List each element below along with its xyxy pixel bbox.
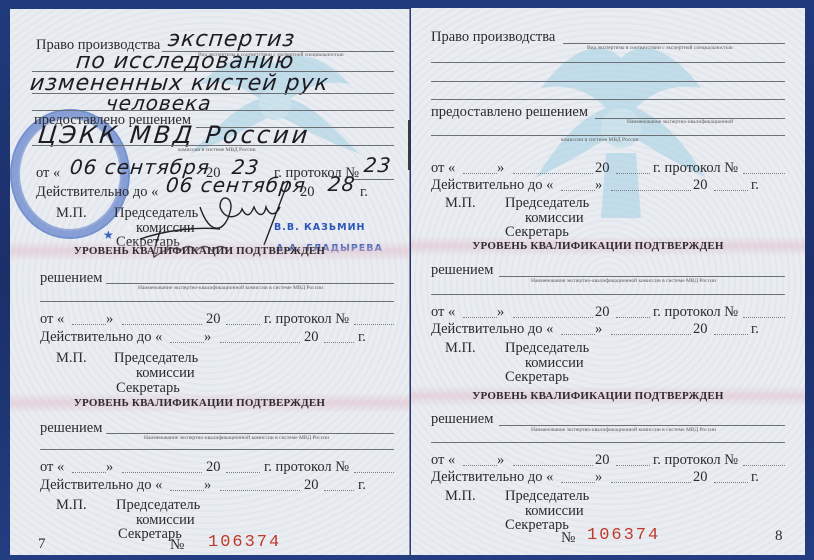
- form-line: [32, 145, 394, 146]
- granted-caption-2: комиссии в системе МВД России: [561, 138, 639, 144]
- month-field: [611, 482, 691, 483]
- year-field: [616, 317, 650, 318]
- month-field: [513, 173, 593, 174]
- confirm-heading-2: УРОВЕНЬ КВАЛИФИКАЦИИ ПОДТВЕРЖДЕН: [10, 397, 409, 409]
- left-page: ★ Право производства экспертиз Вид экспе…: [10, 9, 410, 555]
- mp-label-1: М.П.: [445, 341, 476, 356]
- year-field: [324, 490, 354, 491]
- year-field: [714, 334, 748, 335]
- serial-number: 106374: [587, 526, 660, 545]
- year-field: [714, 190, 748, 191]
- close-quote-2: »: [106, 460, 113, 475]
- protocol-field: [743, 465, 785, 466]
- decision-label-1: решением: [431, 263, 493, 278]
- mp-label-1: М.П.: [56, 351, 87, 366]
- chair-label-2: Председатель: [116, 498, 200, 513]
- close-quote-1: »: [497, 305, 504, 320]
- decision-label-1: решением: [40, 271, 102, 286]
- protocol-label-1: г. протокол №: [264, 312, 349, 327]
- year-field: [714, 482, 748, 483]
- form-line: [40, 449, 394, 450]
- month-field: [220, 490, 300, 491]
- day-field: [170, 342, 204, 343]
- serial-label: №: [170, 537, 184, 554]
- valid-label: Действительно до «: [431, 178, 553, 193]
- protocol-label: г. протокол №: [653, 161, 738, 176]
- form-line: [32, 93, 394, 94]
- granted-caption: комиссии в системе МВД России: [178, 148, 256, 154]
- secretary-label-2: Секретарь: [505, 518, 569, 533]
- granted-value: ЦЭКК МВД России: [37, 123, 312, 147]
- year-prefix-1b: 20: [304, 330, 319, 345]
- page-number: 7: [38, 536, 46, 553]
- close-quote-1: »: [106, 312, 113, 327]
- protocol-field: [354, 472, 394, 473]
- mp-label-2: М.П.: [445, 489, 476, 504]
- secretary-label-1: Секретарь: [505, 370, 569, 385]
- protocol-label-1: г. протокол №: [653, 305, 738, 320]
- decision-caption-1: Наименование экспертно-квалификационной …: [531, 279, 716, 285]
- right-caption: Вид экспертизы в соответствии с экспертн…: [587, 46, 733, 52]
- year-prefix-2b: 20: [304, 478, 319, 493]
- valid-label: Действительно до «: [36, 185, 158, 200]
- month-field: [611, 190, 691, 191]
- chair-stamp: В.В. КАЗЬМИН: [274, 222, 365, 233]
- form-line: [32, 110, 394, 111]
- year-suffix-2: г.: [358, 478, 366, 493]
- binding-thread: [408, 120, 410, 170]
- form-line: [431, 81, 785, 82]
- from-label-1: от «: [40, 312, 64, 327]
- chair-label-1: Председатель: [505, 341, 589, 356]
- decision-caption-1: Наименование экспертно-квалификационной …: [138, 286, 323, 292]
- month-field: [513, 317, 593, 318]
- right-field: [563, 43, 785, 44]
- serial-number: 106374: [208, 533, 281, 552]
- protocol-number: 23: [363, 155, 393, 175]
- right-value-line-1: экспертиз: [167, 29, 296, 51]
- year-prefix-1b: 20: [693, 322, 708, 337]
- year-suffix-1: г.: [358, 330, 366, 345]
- granted-label: предоставлено решением: [431, 105, 588, 120]
- from-label-2: от «: [40, 460, 64, 475]
- form-line: [431, 442, 785, 443]
- day-field: [561, 190, 595, 191]
- day-field: [463, 317, 497, 318]
- form-line: [354, 179, 394, 180]
- day-field: [561, 334, 595, 335]
- valid-label-2: Действительно до «: [40, 478, 162, 493]
- year-prefix-2b: 20: [693, 470, 708, 485]
- mp-label: М.П.: [56, 206, 87, 221]
- protocol-field: [743, 317, 785, 318]
- month-field: [513, 465, 593, 466]
- year-suffix-1: г.: [751, 322, 759, 337]
- valid-label-1: Действительно до «: [431, 322, 553, 337]
- year-suffix-2: г.: [751, 470, 759, 485]
- from-prefix: от «: [36, 166, 60, 181]
- decision-field: [499, 276, 785, 277]
- from-label-1: от «: [431, 305, 455, 320]
- day-field: [72, 324, 106, 325]
- year-field: [324, 342, 354, 343]
- form-line: [431, 135, 785, 136]
- valid-year: 28: [327, 174, 357, 194]
- granted-caption-1: Наименование экспертно-квалификационной: [627, 120, 733, 126]
- valid-label-1: Действительно до «: [40, 330, 162, 345]
- page-number: 8: [775, 528, 783, 545]
- decision-field: [499, 425, 785, 426]
- close-quote-2b: »: [204, 478, 211, 493]
- decision-caption-2: Наименование экспертно-квалификационной …: [531, 428, 716, 434]
- from-label: от «: [431, 161, 455, 176]
- month-field: [122, 324, 202, 325]
- protocol-field: [354, 324, 394, 325]
- month-field: [220, 342, 300, 343]
- year-field: [616, 173, 650, 174]
- confirm-heading-2: УРОВЕНЬ КВАЛИФИКАЦИИ ПОДТВЕРЖДЕН: [411, 390, 805, 402]
- month-field: [122, 472, 202, 473]
- year-prefix-1: 20: [595, 305, 610, 320]
- confirm-heading-1: УРОВЕНЬ КВАЛИФИКАЦИИ ПОДТВЕРЖДЕН: [10, 245, 409, 257]
- year-prefix-1: 20: [206, 312, 221, 327]
- commission-label-1: комиссии: [136, 366, 195, 381]
- valid-year-prefix: 20: [300, 185, 315, 200]
- close-quote-b: »: [595, 178, 602, 193]
- day-field: [463, 465, 497, 466]
- close-quote-1b: »: [204, 330, 211, 345]
- chair-label-2: Председатель: [505, 489, 589, 504]
- year-field: [226, 324, 260, 325]
- mp-label: М.П.: [445, 196, 476, 211]
- close-quote: »: [497, 161, 504, 176]
- year-field: [616, 465, 650, 466]
- right-value-line-2: по исследованию: [75, 51, 296, 73]
- protocol-label-2: г. протокол №: [653, 453, 738, 468]
- year-field: [226, 472, 260, 473]
- year-prefix: 20: [595, 161, 610, 176]
- right-page: Право производства Вид экспертизы в соот…: [411, 8, 805, 555]
- form-line: [40, 301, 394, 302]
- decision-field: [106, 283, 394, 284]
- day-field: [170, 490, 204, 491]
- decision-label-2: решением: [431, 412, 493, 427]
- confirm-heading-1: УРОВЕНЬ КВАЛИФИКАЦИИ ПОДТВЕРЖДЕН: [411, 240, 805, 252]
- right-label: Право производства: [431, 30, 555, 45]
- close-quote-2b: »: [595, 470, 602, 485]
- protocol-label-2: г. протокол №: [264, 460, 349, 475]
- chair-label-1: Председатель: [114, 351, 198, 366]
- form-line: [431, 62, 785, 63]
- serial-label: №: [561, 530, 575, 547]
- decision-label-2: решением: [40, 421, 102, 436]
- decision-caption-2: Наименование экспертно-квалификационной …: [144, 436, 329, 442]
- year-prefix-2: 20: [595, 453, 610, 468]
- valid-label-2: Действительно до «: [431, 470, 553, 485]
- from-label-2: от «: [431, 453, 455, 468]
- year-suffix: г.: [751, 178, 759, 193]
- year-suffix: г.: [360, 185, 368, 200]
- close-quote-1b: »: [595, 322, 602, 337]
- mp-label-2: М.П.: [56, 498, 87, 513]
- form-line: [431, 294, 785, 295]
- protocol-field: [743, 173, 785, 174]
- day-field: [463, 173, 497, 174]
- year-prefix-b: 20: [693, 178, 708, 193]
- close-quote-2: »: [497, 453, 504, 468]
- day-field: [561, 482, 595, 483]
- year-prefix-2: 20: [206, 460, 221, 475]
- chair-label: Председатель: [505, 196, 589, 211]
- decision-field: [106, 433, 394, 434]
- month-field: [611, 334, 691, 335]
- form-line: [431, 99, 785, 100]
- day-field: [72, 472, 106, 473]
